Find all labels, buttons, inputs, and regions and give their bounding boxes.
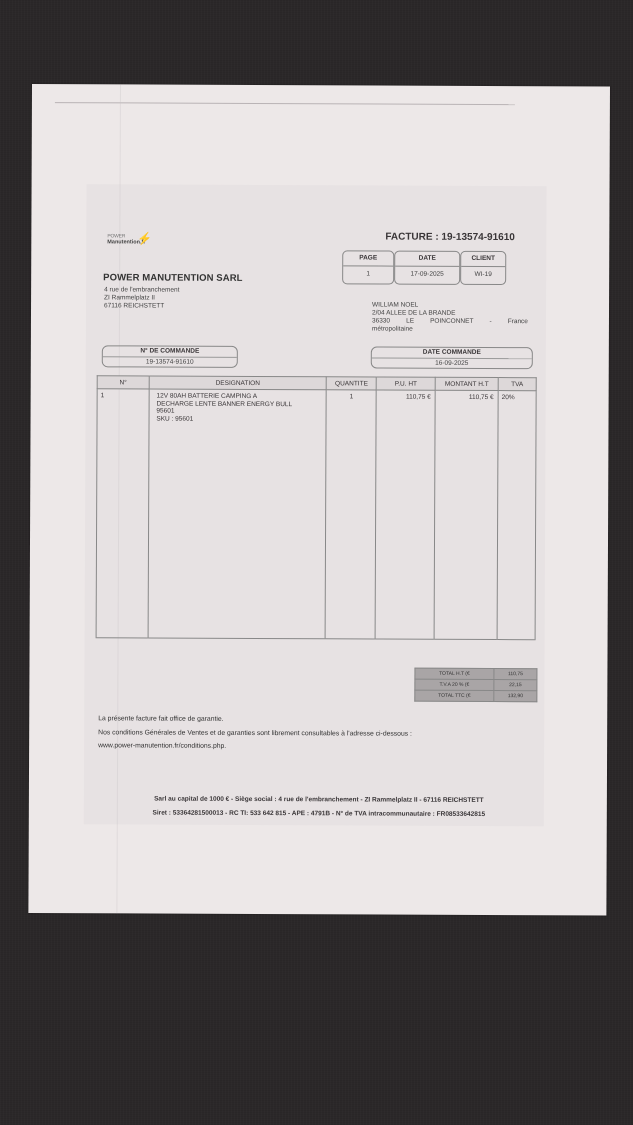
company-address-line: 67116 REICHSTETT (104, 303, 179, 312)
total-ttc-label: TOTAL TTC (€ (415, 690, 494, 701)
totals-row: TOTAL TTC (€ 132,90 (415, 690, 537, 702)
meta-page: PAGE 1 (342, 250, 394, 284)
totals-table: TOTAL H.T (€ 110,75 T.V.A 20 % (€ 22,15 … (414, 668, 537, 703)
company-address-line: ZI Rammelplatz II (104, 295, 179, 304)
vat-value: 22,15 (494, 680, 537, 691)
top-rule (55, 102, 515, 105)
meta-value: 17-09-2025 (395, 267, 459, 284)
designation-sku: SKU : 95601 (156, 415, 323, 423)
company-logo: POWER Manutention.fr ⚡ (107, 234, 167, 264)
company-address: 4 rue de l'embranchement ZI Rammelplatz … (104, 286, 179, 311)
items-table: N° DESIGNATION QUANTITE P.U. HT MONTANT … (96, 375, 537, 640)
total-ttc-value: 132,90 (494, 691, 537, 702)
cell-amount: 110,75 € (434, 390, 498, 639)
cell-quantity: 1 (325, 390, 376, 639)
cell-unit-price: 110,75 € (375, 390, 435, 639)
legal-footer: Sarl au capital de 1000 € - Siège social… (69, 792, 569, 822)
meta-label: PAGE (343, 251, 393, 266)
client-country: France (508, 318, 528, 326)
meta-value: WI-19 (461, 267, 505, 284)
lightning-bolt-icon: ⚡ (137, 231, 152, 245)
col-header-quantity: QUANTITE (326, 377, 376, 390)
totals-row: TOTAL H.T (€ 110,75 (415, 668, 537, 680)
col-header-designation: DESIGNATION (149, 376, 327, 390)
client-region: métropolitaine (372, 325, 528, 334)
meta-label: CLIENT (461, 252, 505, 267)
client-separator: - (489, 318, 491, 326)
table-row: 1 12V 80AH BATTERIE CAMPING A DECHARGE L… (96, 389, 536, 640)
warranty-notes: La présente facture fait office de garan… (98, 712, 412, 754)
note-line: La présente facture fait office de garan… (98, 712, 412, 727)
invoice-paper: POWER Manutention.fr ⚡ POWER MANUTENTION… (28, 84, 610, 916)
vat-label: T.V.A 20 % (€ (415, 679, 494, 690)
invoice-title: FACTURE : 19-13574-91610 (385, 232, 515, 244)
totals-row: T.V.A 20 % (€ 22,15 (415, 679, 537, 691)
cell-no: 1 (96, 389, 149, 638)
order-number-box: N° DE COMMANDE 19-13574-91610 (102, 345, 238, 368)
client-city-part: POINCONNET (430, 318, 473, 326)
client-address: WILLIAM NOEL 2/04 ALLEE DE LA BRANDE 363… (372, 301, 528, 334)
client-city-part: LE (406, 318, 414, 326)
order-number-value: 19-13574-91610 (103, 357, 237, 368)
col-header-amount: MONTANT H.T (435, 377, 498, 390)
meta-value: 1 (343, 266, 393, 283)
footer-line: Siret : 53364281500013 - RC TI: 533 642 … (69, 806, 569, 822)
designation-line: 12V 80AH BATTERIE CAMPING A (156, 393, 323, 401)
col-header-vat: TVA (498, 378, 536, 391)
total-ht-value: 110,75 (494, 669, 537, 680)
order-date-box: DATE COMMANDE 16-09-2025 (371, 346, 533, 369)
order-number-label: N° DE COMMANDE (103, 346, 237, 358)
total-ht-label: TOTAL H.T (€ (415, 668, 494, 679)
note-line: Nos conditions Générales de Ventes et de… (98, 726, 412, 741)
client-postcode: 36330 (372, 317, 390, 325)
conditions-url: www.power-manutention.fr/conditions.php. (98, 739, 412, 754)
col-header-no: N° (97, 376, 149, 389)
meta-label: DATE (395, 252, 459, 267)
company-name: POWER MANUTENTION SARL (103, 272, 242, 284)
meta-client: CLIENT WI-19 (460, 251, 506, 285)
cell-vat: 20% (497, 391, 536, 640)
col-header-unit-price: P.U. HT (376, 377, 435, 390)
order-date-label: DATE COMMANDE (372, 347, 532, 359)
company-address-line: 4 rue de l'embranchement (104, 286, 179, 295)
order-date-value: 16-09-2025 (372, 358, 532, 369)
meta-date: DATE 17-09-2025 (394, 251, 460, 285)
designation-line: DECHARGE LENTE BANNER ENERGY BULL (156, 400, 323, 408)
cell-designation: 12V 80AH BATTERIE CAMPING A DECHARGE LEN… (148, 389, 327, 639)
